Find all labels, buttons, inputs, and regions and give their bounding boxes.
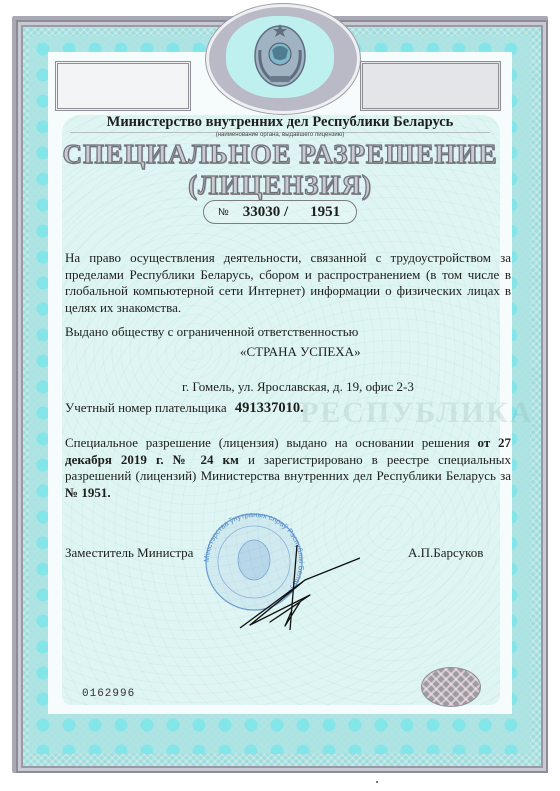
title-line-1: СПЕЦИАЛЬНОЕ РАЗРЕШЕНИЕ [60, 139, 500, 170]
taxpayer-label: Учетный номер плательщика [65, 400, 227, 415]
taxpayer-number: 491337010. [235, 400, 304, 416]
speck [376, 781, 378, 783]
number-sign: № [218, 207, 229, 218]
document-title: СПЕЦИАЛЬНОЕ РАЗРЕШЕНИЕ (ЛИЦЕНЗИЯ) [60, 139, 500, 201]
issuance-basis: Специальное разрешение (лицензия) выдано… [65, 435, 511, 501]
issuer-caption: (наименование органа, выдавшего лицензию… [70, 132, 490, 138]
serial-number: 0162996 [82, 688, 135, 700]
issued-to-label: Выдано обществу с ограниченной ответстве… [65, 324, 358, 340]
signer-name: А.П.Барсуков [408, 545, 483, 561]
signature-icon [230, 540, 360, 635]
registry-reference: № 1951. [65, 485, 111, 500]
hologram-icon [421, 667, 481, 707]
blank-field-left [55, 61, 191, 111]
license-number-box: № 33030 / 1951 [203, 200, 357, 224]
activity-description: На право осуществления деятельности, свя… [65, 250, 511, 316]
title-line-2: (ЛИЦЕНЗИЯ) [60, 170, 500, 201]
basis-prefix: Специальное разрешение (лицензия) выдано… [65, 435, 470, 450]
state-emblem-icon [252, 20, 308, 90]
watermark-text: РЕСПУБЛИКА [300, 396, 534, 430]
license-number: 33030 / [243, 204, 288, 221]
blank-field-right [360, 61, 501, 111]
registry-number: 1951 [310, 204, 340, 221]
taxpayer-id: Учетный номер плательщика 491337010. [65, 400, 304, 417]
issuer-name: Министерство внутренних дел Республики Б… [70, 114, 490, 133]
company-address: г. Гомель, ул. Ярославская, д. 19, офис … [182, 379, 414, 395]
company-name: «СТРАНА УСПЕХА» [240, 344, 361, 360]
signer-title: Заместитель Министра [65, 545, 193, 561]
